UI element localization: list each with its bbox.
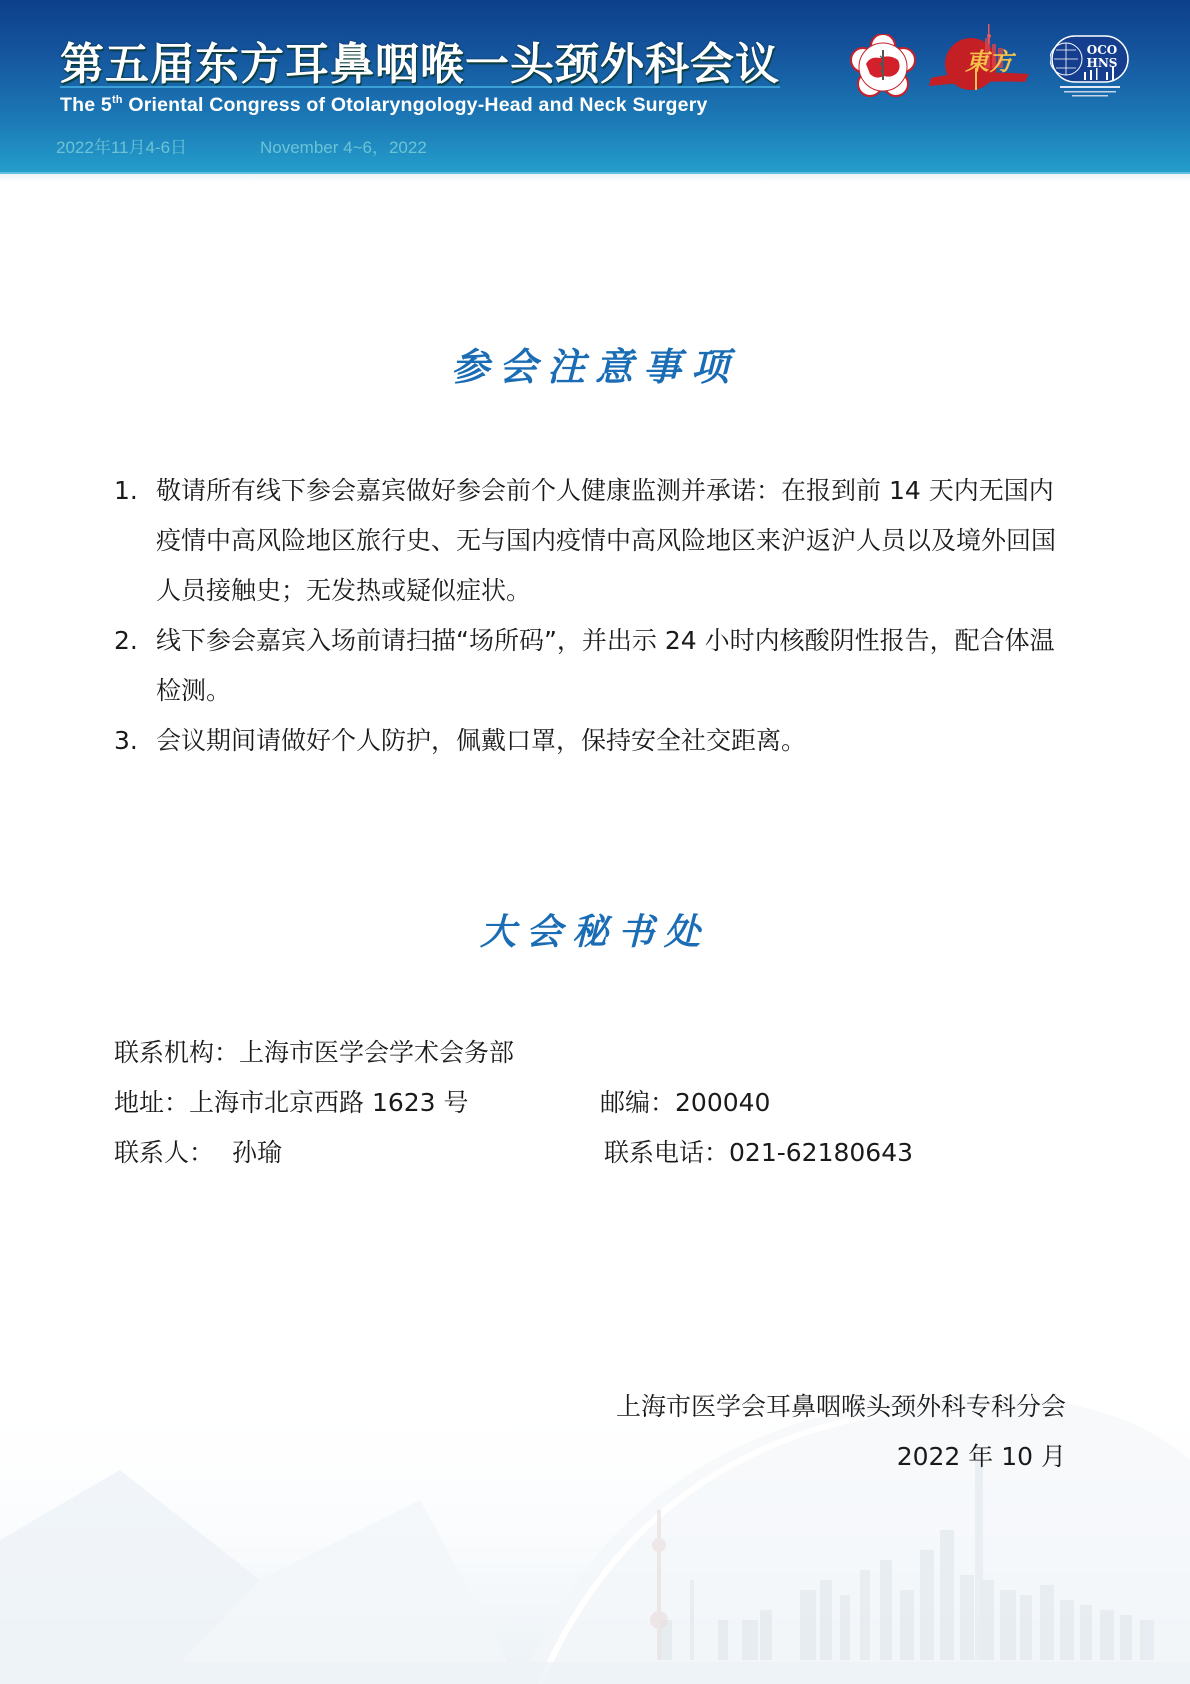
svg-text:東方: 東方 — [965, 47, 1017, 76]
phone-field: 联系电话：021-62180643 — [604, 1130, 913, 1176]
postcode-field: 邮编：200040 — [600, 1080, 770, 1126]
notice-number: 3. — [114, 716, 138, 766]
contact-person-label: 联系人： — [114, 1138, 214, 1167]
organization-label: 联系机构： — [114, 1038, 239, 1067]
postcode-value: 200040 — [675, 1088, 770, 1117]
notice-item-1: 1. 敬请所有线下参会嘉宾做好参会前个人健康监测并承诺：在报到前 14 天内无国… — [112, 466, 1072, 616]
notice-heading: 参会注意事项 — [0, 336, 1190, 391]
signature-block: 上海市医学会耳鼻咽喉头颈外科专科分会 2022 年 10 月 — [616, 1382, 1066, 1482]
notice-text: 会议期间请做好个人防护，佩戴口罩，保持安全社交距离。 — [156, 716, 1072, 766]
notice-text: 敬请所有线下参会嘉宾做好参会前个人健康监测并承诺：在报到前 14 天内无国内疫情… — [156, 466, 1072, 616]
title-en-prefix: The 5 — [60, 94, 112, 116]
notice-list: 1. 敬请所有线下参会嘉宾做好参会前个人健康监测并承诺：在报到前 14 天内无国… — [112, 466, 1072, 766]
contact-person-value: 孙瑜 — [232, 1138, 282, 1167]
banner-title-english: The 5th Oriental Congress of Otolaryngol… — [60, 94, 708, 117]
address-value: 上海市北京西路 1623 号 — [189, 1088, 469, 1117]
oco-hns-logo: OCO HNS — [1050, 34, 1130, 100]
contact-info: 联系机构：上海市医学会学术会务部 地址：上海市北京西路 1623 号 邮编：20… — [114, 1030, 1014, 1180]
address-row: 地址：上海市北京西路 1623 号 邮编：200040 — [114, 1080, 1014, 1130]
banner-title-chinese: 第五届东方耳鼻咽喉一头颈外科会议 — [60, 28, 780, 92]
phone-value: 021-62180643 — [729, 1138, 913, 1167]
signature-organization: 上海市医学会耳鼻咽喉头颈外科专科分会 — [616, 1382, 1066, 1432]
organization-row: 联系机构：上海市医学会学术会务部 — [114, 1030, 1014, 1080]
banner-shadow — [0, 174, 1190, 182]
banner-date-english: November 4~6，2022 — [260, 133, 427, 158]
dongfang-logo: 東方 — [925, 22, 1035, 94]
organization-value: 上海市医学会学术会务部 — [239, 1038, 514, 1067]
secretariat-heading: 大会秘书处 — [0, 904, 1190, 955]
shanghai-medical-association-logo — [850, 34, 916, 100]
address-label: 地址： — [114, 1088, 189, 1117]
banner-date-chinese: 2022年11月4-6日 — [56, 133, 187, 158]
notice-number: 1. — [114, 466, 138, 516]
svg-text:OCO: OCO — [1087, 43, 1117, 57]
title-en-suffix: Oriental Congress of Otolaryngology-Head… — [123, 94, 708, 116]
notice-item-2: 2. 线下参会嘉宾入场前请扫描“场所码”，并出示 24 小时内核酸阴性报告，配合… — [112, 616, 1072, 716]
notice-item-3: 3. 会议期间请做好个人防护，佩戴口罩，保持安全社交距离。 — [112, 716, 1072, 766]
contact-person-row: 联系人：孙瑜 联系电话：021-62180643 — [114, 1130, 1014, 1180]
phone-label: 联系电话： — [604, 1138, 729, 1167]
signature-date: 2022 年 10 月 — [616, 1432, 1066, 1482]
title-en-ordinal: th — [112, 94, 123, 106]
postcode-label: 邮编： — [600, 1088, 675, 1117]
banner-divider — [60, 86, 780, 88]
notice-number: 2. — [114, 616, 138, 666]
congress-banner: 第五届东方耳鼻咽喉一头颈外科会议 The 5th Oriental Congre… — [0, 0, 1190, 174]
notice-text: 线下参会嘉宾入场前请扫描“场所码”，并出示 24 小时内核酸阴性报告，配合体温检… — [156, 616, 1072, 716]
